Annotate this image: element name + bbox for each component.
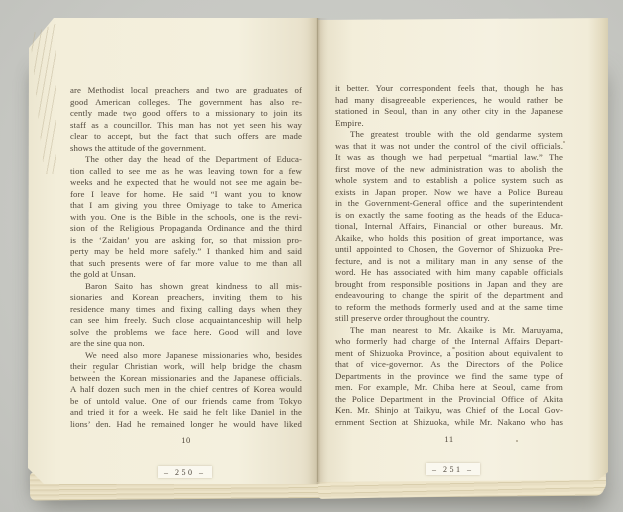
text-line: A half dozen such men in the chief centr… [70, 384, 302, 396]
text-line: to reform the methods formerly used and … [335, 302, 563, 314]
text-line: tion called to see me as he was leaving … [70, 166, 302, 178]
text-line: the gold at Unsan. [70, 269, 302, 281]
text-line: fecture, and is not a military man in an… [335, 256, 563, 268]
text-line: perty may be held more safely.” I thanke… [70, 246, 302, 258]
text-line: and tried it for a week. He said he felt… [70, 407, 302, 419]
text-line: The man nearest to Mr. Akaike is Mr. Mar… [335, 325, 563, 337]
text-line: with you. One is the Bible in the school… [70, 212, 302, 224]
text-line: that such presents were of far more valu… [70, 258, 302, 270]
foxing-speck [563, 141, 565, 143]
foxing-speck [130, 117, 132, 119]
text-line: still preserve order throughout the coun… [335, 313, 563, 325]
text-line: that I am giving you three Omiyage to ta… [70, 200, 302, 212]
text-line: are Methodist local preachers and two ar… [70, 85, 302, 97]
text-line: was that it was not under the control of… [335, 141, 563, 153]
gutter-crease-line [317, 18, 318, 482]
text-line: Departments in the province we find the … [335, 371, 563, 383]
text-line: fore I leave for home. He said “I want y… [70, 189, 302, 201]
left-page-text: are Methodist local preachers and two ar… [70, 85, 302, 430]
text-line: The other day the head of the Department… [70, 154, 302, 166]
text-line: is the ‘Zaidan’ you are asking for, so t… [70, 235, 302, 247]
text-line: residence many times and fixing calling … [70, 304, 302, 316]
text-line: it better. Your correspondent feels that… [335, 83, 563, 95]
right-catalog-stamp: – 251 – [426, 463, 480, 475]
text-line: in the Government-General office and the… [335, 198, 563, 210]
text-line: Ken. Mr. Shinjo at Taikyu, was Chief of … [335, 405, 563, 417]
text-line: Akaike, who holds this position of great… [335, 233, 563, 245]
left-catalog-stamp: – 250 – [158, 466, 212, 478]
text-line: stationed in Seoul, than in any other ci… [335, 106, 563, 118]
text-line: between the Korean missionaries and the … [70, 373, 302, 385]
right-page-text: it better. Your correspondent feels that… [335, 83, 563, 428]
text-line: the Police Department in the Provincial … [335, 394, 563, 406]
text-line: The greatest trouble with the old gendar… [335, 129, 563, 141]
text-line: solve the problems we face here. Good wi… [70, 327, 302, 339]
text-line: Empire. [335, 118, 563, 130]
text-line: endeavouring to change the spirit of the… [335, 290, 563, 302]
text-line: who formerly had charge of the Internal … [335, 336, 563, 348]
text-line: their regular Christian work, will help … [70, 361, 302, 373]
text-line: lions’ den. Had he remained longer he wo… [70, 419, 302, 431]
text-line: ment of Shizuoka Province, a position ab… [335, 348, 563, 360]
text-line: clear to accept, but the fact that such … [70, 131, 302, 143]
foxing-speck [452, 347, 455, 349]
text-line: Baron Saito has shown great kindness to … [70, 281, 302, 293]
text-line: until appointed to Chosen, the Governor … [335, 244, 563, 256]
text-line: brought from responsible positions in Ja… [335, 279, 563, 291]
text-line: be of untold value. One of our friends c… [70, 396, 302, 408]
text-line: exists in Japan proper. Now we have a Po… [335, 187, 563, 199]
text-line: word. He has associated with him many ca… [335, 267, 563, 279]
right-page-number: 11 [335, 434, 563, 444]
text-line: staff as a councillor. This man has not … [70, 120, 302, 132]
text-line: sion of the Religious Propaganda Ordinan… [70, 223, 302, 235]
book-photo: are Methodist local preachers and two ar… [0, 0, 623, 512]
text-line: cently made two good offers to a mission… [70, 108, 302, 120]
text-line: first move of the new administration was… [335, 164, 563, 176]
text-line: tional, Internal Affairs, Financial or o… [335, 221, 563, 233]
text-line: men. For example, Mr. Chiba here at Seou… [335, 382, 563, 394]
text-line: weeks and he expected that he would not … [70, 177, 302, 189]
foxing-speck [516, 440, 518, 442]
text-line: that of vice-governor. As the Directors … [335, 359, 563, 371]
text-line: We need also more Japanese missionaries … [70, 350, 302, 362]
text-line: good American colleges. The government h… [70, 97, 302, 109]
text-line: sionaries and Korean preachers, inviting… [70, 292, 302, 304]
text-line: are the sine qua non. [70, 338, 302, 350]
left-page-number: 10 [70, 435, 302, 445]
text-line: whole system and to establish a police s… [335, 175, 563, 187]
text-line: ernment Section at Shizuoka, while Mr. N… [335, 417, 563, 429]
text-line: had many disagreeable experiences, he wo… [335, 95, 563, 107]
text-line: shows the attitude of the government. [70, 143, 302, 155]
book-gutter [308, 18, 328, 484]
foxing-speck [93, 371, 95, 373]
text-line: is on exactly the same footing as the he… [335, 210, 563, 222]
text-line: It was as though we had perpetual “marti… [335, 152, 563, 164]
text-line: can see him freely. Such close acquainta… [70, 315, 302, 327]
